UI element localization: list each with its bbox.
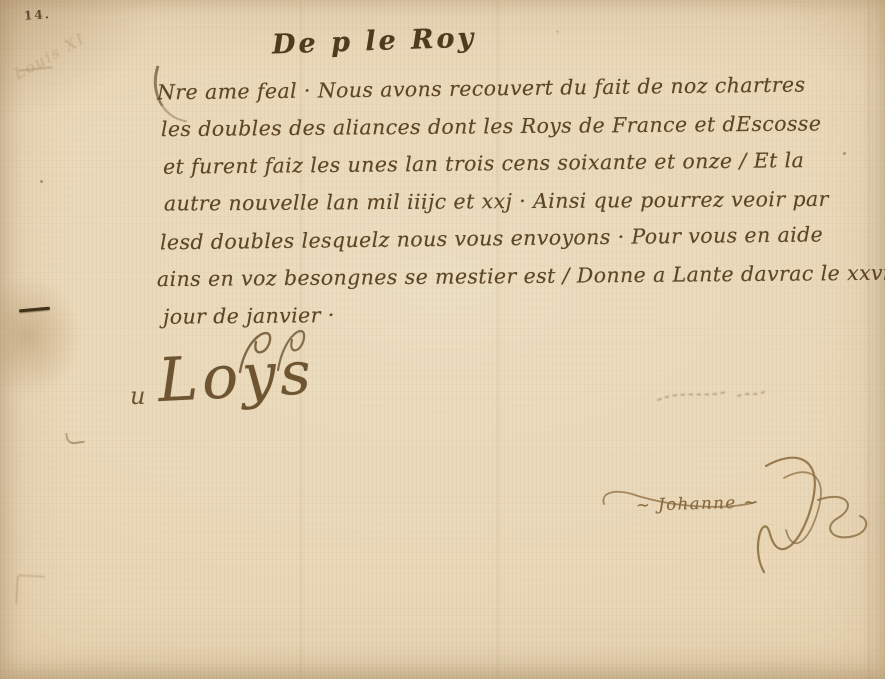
ink-speck [556,30,559,33]
margin-stroke-mark [18,58,53,71]
royal-signature-flourish-icon [232,322,322,377]
bottom-left-faint-mark [15,574,45,605]
ink-stain [0,276,82,396]
manuscript-page: 14. Louis XI De p le Roy Nre ame feal · … [0,0,885,679]
hook-stroke-mark [65,431,84,445]
archival-number: 14. [24,7,52,23]
secretary-paraph-flourish-icon [598,448,878,593]
bleed-through-marks [652,380,782,412]
ink-speck [843,152,846,155]
royal-signature-prefix: u [130,382,145,410]
body-line-3: et furent faiz les unes lan trois cens s… [163,142,885,187]
ink-speck [40,180,43,183]
letter-body: Nre ame feal · Nous avons recouvert du f… [155,71,877,334]
letter-heading: De p le Roy [272,22,477,60]
